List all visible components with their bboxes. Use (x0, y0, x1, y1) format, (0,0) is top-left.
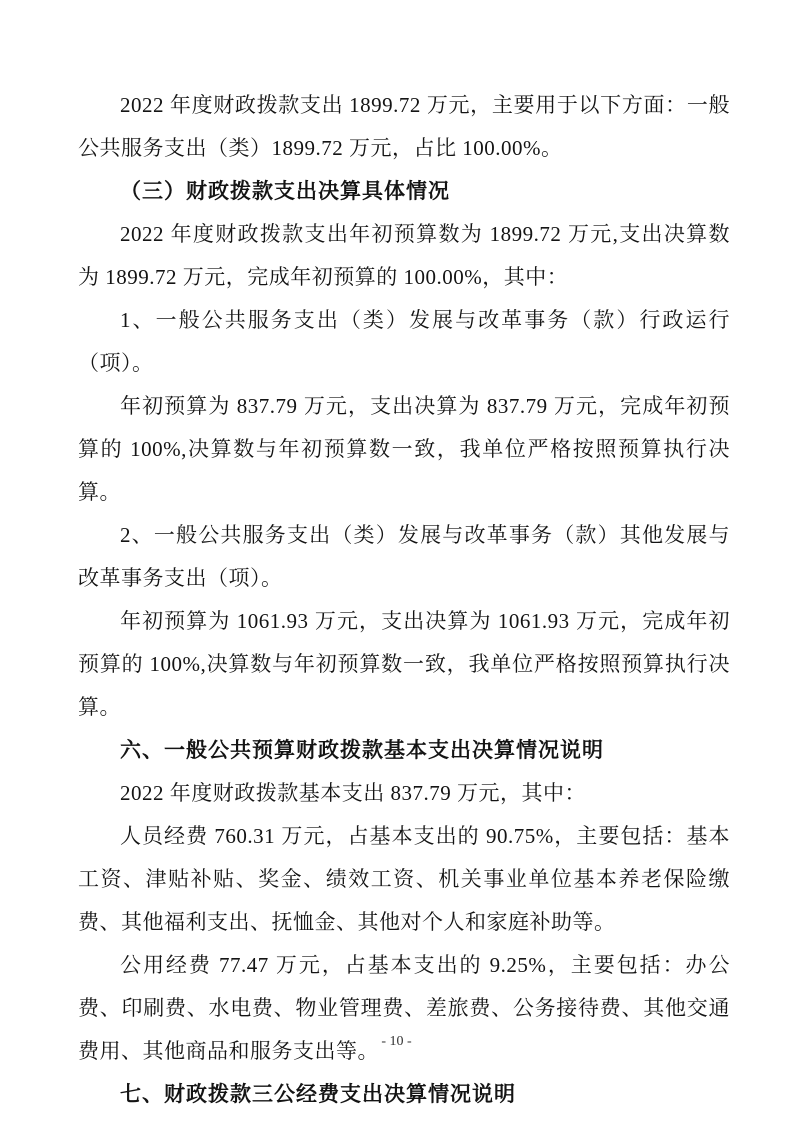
paragraph-fiscal-expenditure-summary: 2022 年度财政拨款支出 1899.72 万元，主要用于以下方面：一般公共服务… (78, 84, 730, 170)
paragraph-basic-expenditure-total: 2022 年度财政拨款基本支出 837.79 万元，其中： (78, 772, 730, 815)
document-body: 2022 年度财政拨款支出 1899.72 万元，主要用于以下方面：一般公共服务… (78, 84, 730, 1116)
paragraph-item-2-other-reform-affairs: 2、一般公共服务支出（类）发展与改革事务（款）其他发展与改革事务支出（项）。 (78, 514, 730, 600)
paragraph-budget-vs-final: 2022 年度财政拨款支出年初预算数为 1899.72 万元,支出决算数为 18… (78, 213, 730, 299)
document-page: 2022 年度财政拨款支出 1899.72 万元，主要用于以下方面：一般公共服务… (0, 0, 793, 1122)
paragraph-item-2-figures: 年初预算为 1061.93 万元，支出决算为 1061.93 万元，完成年初预算… (78, 600, 730, 729)
paragraph-item-1-admin-operation: 1、一般公共服务支出（类）发展与改革事务（款）行政运行（项）。 (78, 299, 730, 385)
paragraph-item-1-figures: 年初预算为 837.79 万元，支出决算为 837.79 万元，完成年初预算的 … (78, 385, 730, 514)
section-heading-6-basic-expenditure: 六、一般公共预算财政拨款基本支出决算情况说明 (78, 729, 730, 772)
paragraph-personnel-funds: 人员经费 760.31 万元，占基本支出的 90.75%，主要包括：基本工资、津… (78, 815, 730, 944)
paragraph-public-funds: 公用经费 77.47 万元，占基本支出的 9.25%，主要包括：办公费、印刷费、… (78, 944, 730, 1073)
page-number: - 10 - (0, 1032, 793, 1052)
section-heading-7-three-public-expenses: 七、财政拨款三公经费支出决算情况说明 (78, 1073, 730, 1116)
section-heading-3-expenditure-details: （三）财政拨款支出决算具体情况 (78, 170, 730, 213)
